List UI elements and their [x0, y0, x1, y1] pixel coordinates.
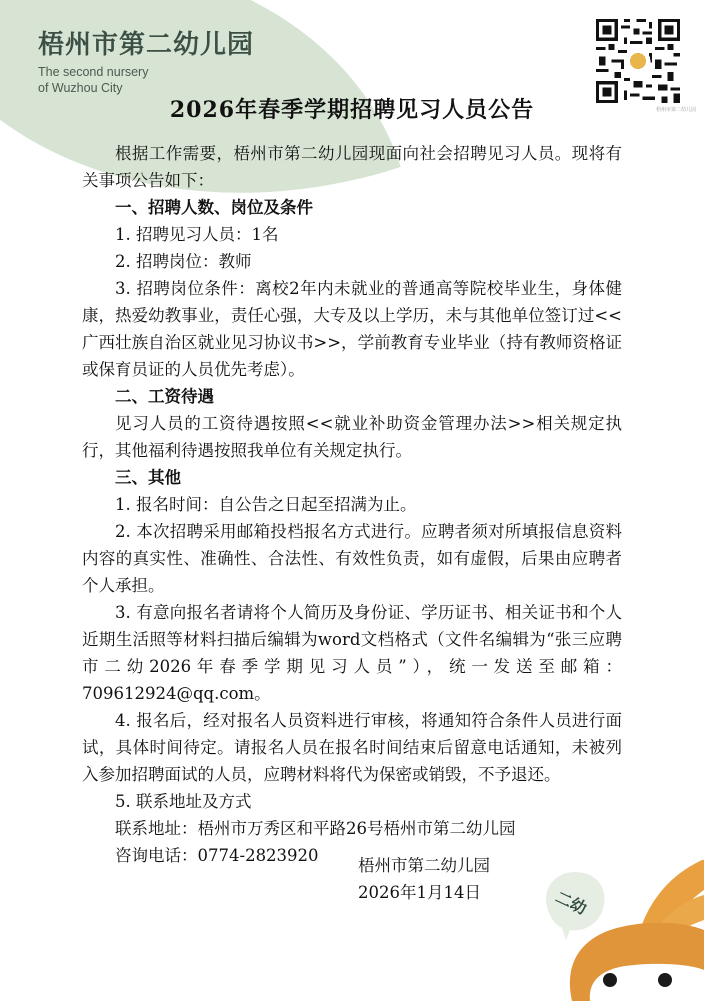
announcement-body: 根据工作需要，梧州市第二幼儿园现面向社会招聘见习人员。现将有关事项公告如下： 一… — [82, 140, 622, 869]
section3-item-2: 2. 本次招聘采用邮箱投档报名方式进行。应聘者须对所填报信息资料内容的真实性、准… — [82, 518, 622, 599]
section3-item-5: 5. 联系地址及方式 — [82, 788, 622, 815]
signature-block: 梧州市第二幼儿园 2026年1月14日 — [358, 852, 490, 906]
signature-org: 梧州市第二幼儿园 — [358, 852, 490, 879]
section1-item-1: 1. 招聘见习人员：1名 — [82, 221, 622, 248]
page-title: 2026年春季学期招聘见习人员公告 — [0, 93, 704, 124]
section3-item-1: 1. 报名时间：自公告之日起至招满为止。 — [82, 491, 622, 518]
section1-item-3: 3. 招聘岗位条件：离校2年内未就业的普通高等院校毕业生，身体健康，热爱幼教事业… — [82, 275, 622, 383]
section-heading-2: 二、工资待遇 — [82, 383, 622, 410]
signature-date: 2026年1月14日 — [358, 879, 490, 906]
mascot-icon: 二幼 — [530, 860, 704, 1001]
logo-subtitle-line1: The second nursery — [38, 64, 148, 80]
logo-subtitle: The second nursery of Wuzhou City — [38, 64, 148, 96]
section-heading-3: 三、其他 — [82, 464, 622, 491]
logo-title: 梧州市第二幼儿园 — [38, 24, 254, 61]
section1-item-2: 2. 招聘岗位：教师 — [82, 248, 622, 275]
section3-item-4: 4. 报名后，经对报名人员资料进行审核，将通知符合条件人员进行面试，具体时间待定… — [82, 707, 622, 788]
section3-item-3: 3. 有意向报名者请将个人简历及身份证、学历证书、相关证书和个人近期生活照等材料… — [82, 599, 622, 707]
intro-paragraph: 根据工作需要，梧州市第二幼儿园现面向社会招聘见习人员。现将有关事项公告如下： — [82, 140, 622, 194]
section2-text: 见习人员的工资待遇按照<<就业补助资金管理办法>>相关规定执行，其他福利待遇按照… — [82, 410, 622, 464]
section-heading-1: 一、招聘人数、岗位及条件 — [82, 194, 622, 221]
contact-address: 联系地址：梧州市万秀区和平路26号梧州市第二幼儿园 — [82, 815, 622, 842]
